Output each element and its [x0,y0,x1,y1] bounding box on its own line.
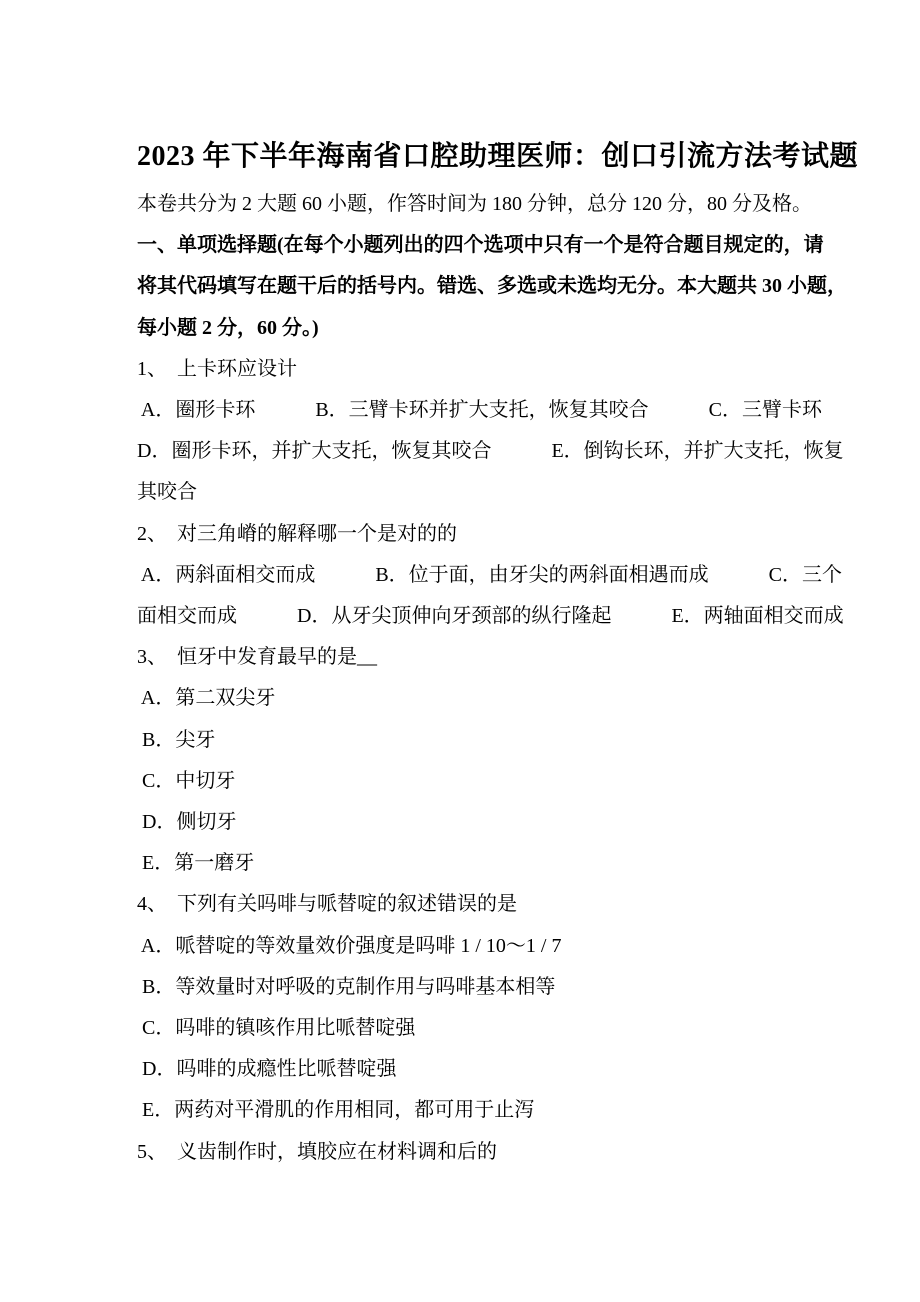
text-line: D．吗啡的成瘾性比哌替啶强 [137,1049,837,1090]
text-line: A．第二双尖牙 [137,678,837,719]
text-line: 3、 恒牙中发育最早的是__ [137,637,837,678]
text-line: D．侧切牙 [137,802,837,843]
text-line: 4、 下列有关吗啡与哌替啶的叙述错误的是 [137,884,837,925]
text-line: 面相交而成 D．从牙尖顶伸向牙颈部的纵行隆起 E．两轴面相交而成 [137,596,837,637]
text-line: C．吗啡的镇咳作用比哌替啶强 [137,1008,837,1049]
text-line: 其咬合 [137,472,837,513]
text-line: C．中切牙 [137,761,837,802]
question-block-3: 3、 恒牙中发育最早的是__ A．第二双尖牙 B．尖牙 C．中切牙 D．侧切牙 … [137,637,837,884]
document-body: 本卷共分为 2 大题 60 小题，作答时间为 180 分钟，总分 120 分，8… [137,184,837,1173]
text-line: D．圈形卡环，并扩大支托，恢复其咬合 E．倒钩长环，并扩大支托，恢复 [137,431,837,472]
text-line: 2、 对三角嵴的解释哪一个是对的的 [137,514,837,555]
text-line: E．第一磨牙 [137,843,837,884]
text-line: A．两斜面相交而成 B．位于面，由牙尖的两斜面相遇而成 C．三个 [137,555,837,596]
text-line: 一、单项选择题(在每个小题列出的四个选项中只有一个是符合题目规定的，请 [137,225,837,266]
section-header: 一、单项选择题(在每个小题列出的四个选项中只有一个是符合题目规定的，请将其代码填… [137,225,837,349]
text-line: 每小题 2 分，60 分。) [137,308,837,349]
question-block-2: 2、 对三角嵴的解释哪一个是对的的 A．两斜面相交而成 B．位于面，由牙尖的两斜… [137,514,837,638]
text-line: 1、 上卡环应设计 [137,349,837,390]
text-line: B．等效量时对呼吸的克制作用与吗啡基本相等 [137,967,837,1008]
question-block-1: 1、 上卡环应设计 A．圈形卡环 B．三臂卡环并扩大支托，恢复其咬合 C．三臂卡… [137,349,837,514]
text-line: 将其代码填写在题干后的括号内。错选、多选或未选均无分。本大题共 30 小题， [137,266,837,307]
question-block-4: 4、 下列有关吗啡与哌替啶的叙述错误的是 A．哌替啶的等效量效价强度是吗啡 1 … [137,884,837,1131]
question-block-5: 5、 义齿制作时，填胶应在材料调和后的 [137,1132,837,1173]
text-line: B．尖牙 [137,720,837,761]
document-title: 2023 年下半年海南省口腔助理医师：创口引流方法考试题 [137,138,837,176]
exam-intro-line: 本卷共分为 2 大题 60 小题，作答时间为 180 分钟，总分 120 分，8… [137,184,837,225]
exam-document-page: 2023 年下半年海南省口腔助理医师：创口引流方法考试题 本卷共分为 2 大题 … [0,0,920,1302]
text-line: E．两药对平滑肌的作用相同，都可用于止泻 [137,1090,837,1131]
document-content: 2023 年下半年海南省口腔助理医师：创口引流方法考试题 本卷共分为 2 大题 … [137,138,837,1173]
text-line: A．哌替啶的等效量效价强度是吗啡 1 / 10～1 / 7 [137,926,837,967]
text-line: A．圈形卡环 B．三臂卡环并扩大支托，恢复其咬合 C．三臂卡环 [137,390,837,431]
text-line: 5、 义齿制作时，填胶应在材料调和后的 [137,1132,837,1173]
